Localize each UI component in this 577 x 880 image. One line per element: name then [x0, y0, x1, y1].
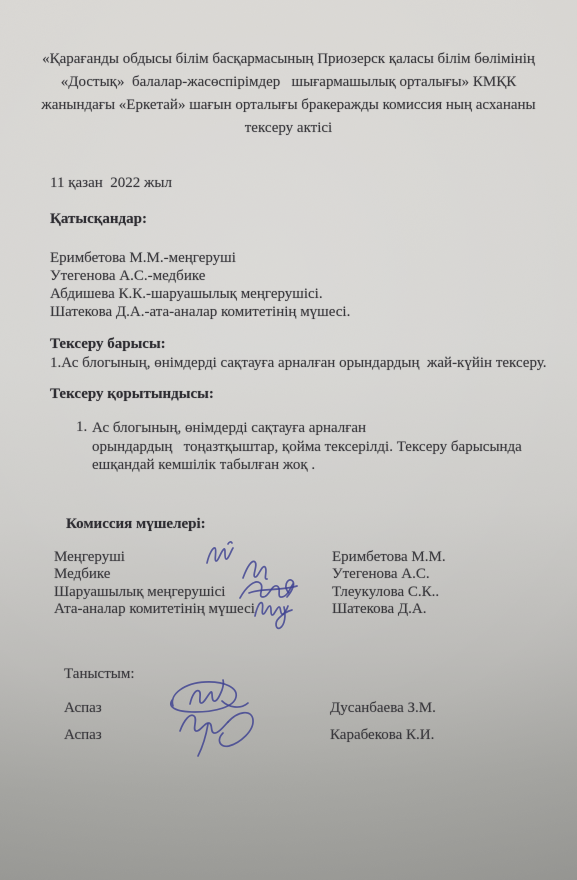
acknowledged-heading: Таныстым: — [64, 666, 135, 683]
result-item-text: Ас блогының, өнімдерді сақтауға арналған… — [92, 419, 522, 475]
result-item-line: Ас блогының, өнімдерді сақтауға арналған — [92, 419, 522, 438]
result-heading: Тексеру қорытындысы: — [50, 386, 214, 403]
result-item-line: орындардың тоңазтқыштар, қойма тексерілд… — [92, 438, 522, 457]
acknowledged-row: Аспаз Карабекова К.И. — [64, 726, 544, 753]
result-item-number: 1. — [76, 419, 87, 436]
document-photo: «Қарағанды обдысы білім басқармасының Пр… — [0, 0, 577, 880]
course-text: 1.Ас блогының, өнімдерді сақтауға арналғ… — [50, 355, 547, 372]
document-date: 11 қазан 2022 жыл — [50, 175, 172, 192]
acknowledged-table: Аспаз Дусанбаева З.М. Аспаз Карабекова К… — [64, 699, 544, 753]
participant-item: Еримбетова М.М.-меңгеруші — [50, 249, 350, 267]
participants-heading: Қатысқандар: — [50, 211, 147, 228]
title-line: «Достық» балалар-жасөспірімдер шығармашы… — [18, 71, 559, 94]
cook-role: Аспаз — [64, 727, 102, 743]
commission-heading: Комиссия мүшелері: — [66, 516, 206, 533]
member-role: Ата-аналар комитетінің мүшесі — [54, 601, 255, 617]
commission-member-row: Шаруашылық меңгерушісі Тлеукулова С.К.. — [54, 584, 554, 601]
result-item-line: ешқандай кемшілік табылған жоқ . — [92, 456, 522, 475]
title-line: «Қарағанды обдысы білім басқармасының Пр… — [18, 48, 559, 71]
participant-item: Шатекова Д.А.-ата-аналар комитетінің мүш… — [50, 303, 350, 321]
commission-member-row: Меңгеруші Еримбетова М.М. — [54, 549, 554, 566]
cook-role: Аспаз — [64, 700, 102, 716]
member-name: Еримбетова М.М. — [332, 549, 446, 566]
member-role: Меңгеруші — [54, 549, 125, 565]
member-role: Шаруашылық меңгерушісі — [54, 584, 225, 600]
member-name: Тлеукулова С.К.. — [332, 584, 439, 601]
cook-name: Карабекова К.И. — [330, 726, 434, 744]
title-line: жанындағы «Еркетай» шағын орталығы браке… — [18, 94, 559, 117]
title-line: тексеру актісі — [18, 117, 559, 140]
member-role: Медбике — [54, 566, 110, 582]
member-name: Шатекова Д.А. — [332, 601, 427, 618]
cook-name: Дусанбаева З.М. — [330, 699, 436, 717]
member-name: Утегенова А.С. — [332, 566, 430, 583]
commission-members-table: Меңгеруші Еримбетова М.М. Медбике Утеген… — [54, 549, 554, 619]
acknowledged-row: Аспаз Дусанбаева З.М. — [64, 699, 544, 726]
participant-item: Абдишева К.К.-шаруашылық меңгерушісі. — [50, 285, 350, 303]
commission-member-row: Медбике Утегенова А.С. — [54, 566, 554, 583]
commission-member-row: Ата-аналар комитетінің мүшесі Шатекова Д… — [54, 601, 554, 618]
participant-item: Утегенова А.С.-медбике — [50, 267, 350, 285]
participants-list: Еримбетова М.М.-меңгеруші Утегенова А.С.… — [50, 249, 350, 321]
course-heading: Тексеру барысы: — [50, 336, 166, 353]
document-title: «Қарағанды обдысы білім басқармасының Пр… — [18, 48, 559, 140]
